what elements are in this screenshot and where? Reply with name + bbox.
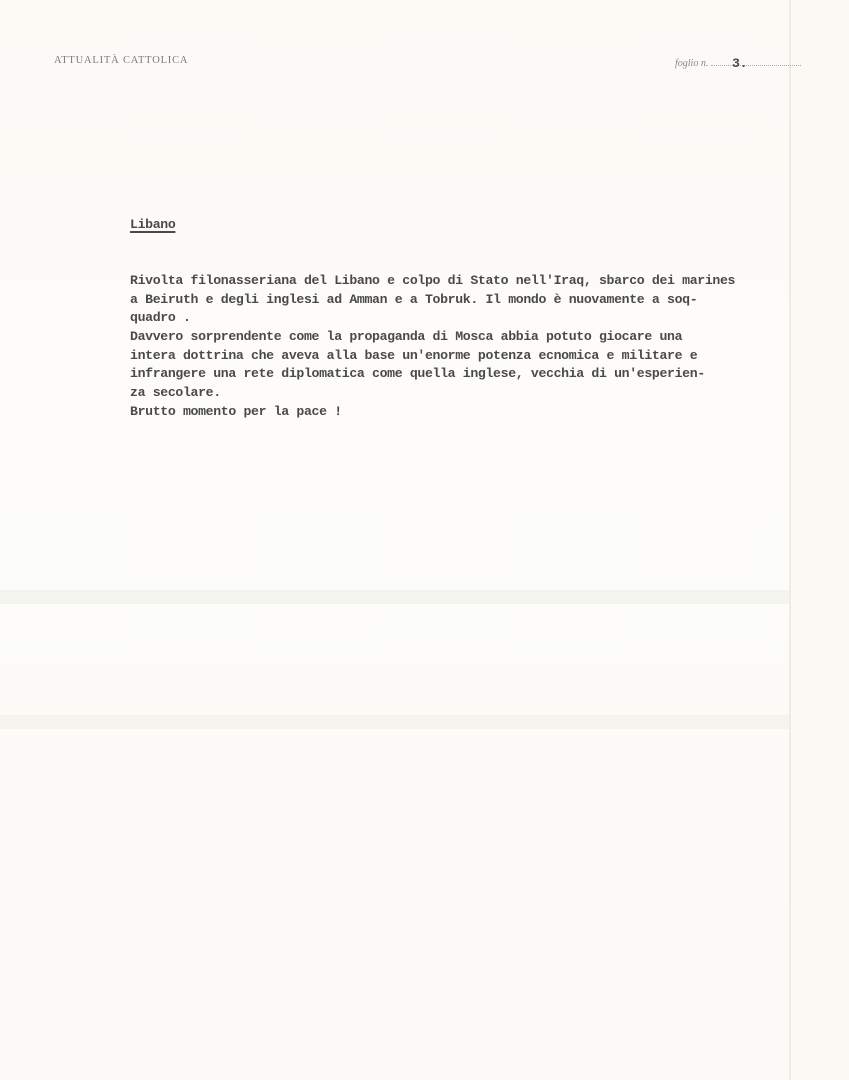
body-line: a Beiruth e degli inglesi ad Amman e a T… bbox=[130, 291, 810, 310]
sheet-label-text: foglio n. bbox=[675, 58, 708, 69]
body-line: Brutto momento per la pace ! bbox=[130, 403, 810, 422]
body-line: za secolare. bbox=[130, 384, 810, 403]
page-margin-strip bbox=[791, 0, 849, 1080]
body-line: Rivolta filonasseriana del Libano e colp… bbox=[130, 272, 810, 291]
body-line: infrangere una rete diplomatica come que… bbox=[130, 365, 810, 384]
sheet-number-dotted-line bbox=[711, 55, 801, 66]
publication-letterhead: ATTUALITÀ CATTOLICA bbox=[54, 55, 188, 66]
sheet-number: 3. bbox=[732, 56, 747, 71]
body-line: quadro . bbox=[130, 309, 810, 328]
bleed-through-band bbox=[0, 715, 849, 729]
section-body: Rivolta filonasseriana del Libano e colp… bbox=[130, 272, 810, 422]
body-line: intera dottrina che aveva alla base un'e… bbox=[130, 347, 810, 366]
bleed-through-band bbox=[0, 590, 849, 604]
document-page: ATTUALITÀ CATTOLICA foglio n. 3. Libano … bbox=[0, 0, 849, 1080]
section-title: Libano bbox=[130, 217, 175, 232]
body-line: Davvero sorprendente come la propaganda … bbox=[130, 328, 810, 347]
